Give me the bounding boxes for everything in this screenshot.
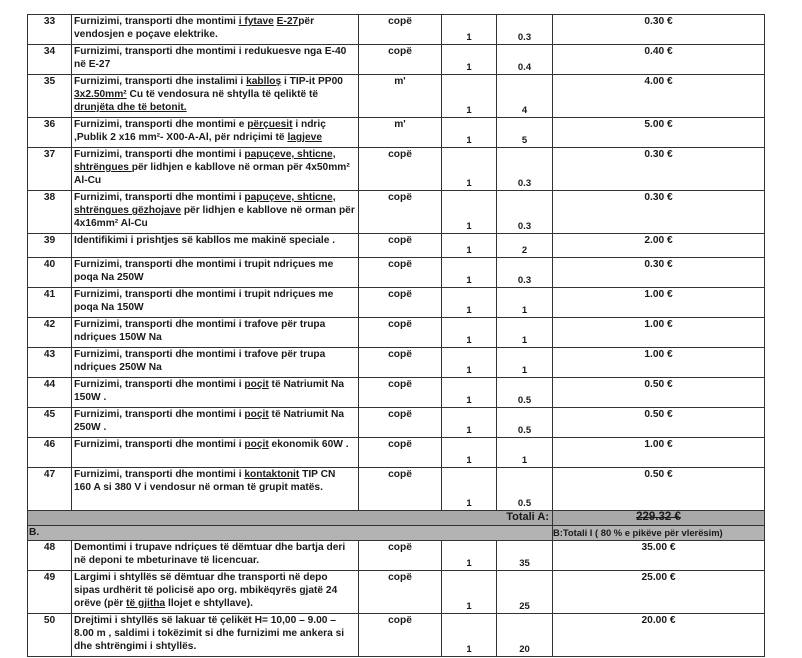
item-price: 1.00 € (553, 347, 765, 377)
description-segment: Furnizimi, transporti dhe montimi i traf… (74, 349, 325, 373)
table-row: 38Furnizimi, transporti dhe montimi i pa… (28, 191, 765, 234)
table-row: 34Furnizimi, transporti dhe montimi i re… (28, 45, 765, 75)
description-segment: Furnizimi, transporti dhe instalimi i (74, 76, 246, 87)
item-unit: copë (359, 467, 442, 510)
item-quantity: 1 (442, 540, 497, 570)
item-unit: copë (359, 540, 442, 570)
item-quantity: 1 (442, 75, 497, 118)
item-unit: copë (359, 15, 442, 45)
item-rate: 25 (497, 570, 553, 613)
item-unit: copë (359, 377, 442, 407)
item-description: Largimi i shtyllës së dëmtuar dhe transp… (72, 570, 359, 613)
section-b-label: B. (28, 525, 553, 540)
total-a-value: 229.32 € (553, 510, 765, 525)
item-number: 33 (28, 15, 72, 45)
table-row: 35Furnizimi, transporti dhe instalimi i … (28, 75, 765, 118)
section-b-header: B. B:Totali I ( 80 % e pikëve për vlerës… (28, 525, 765, 540)
item-unit: m' (359, 75, 442, 118)
table-row: 44Furnizimi, transporti dhe montimi i po… (28, 377, 765, 407)
table-row: 33Furnizimi, transporti dhe montimi i fy… (28, 15, 765, 45)
item-unit: copë (359, 613, 442, 656)
item-unit: m' (359, 118, 442, 148)
item-price: 0.40 € (553, 45, 765, 75)
item-quantity: 1 (442, 257, 497, 287)
item-number: 41 (28, 287, 72, 317)
item-description: Furnizimi, transporti dhe montimi i trup… (72, 287, 359, 317)
description-segment: Furnizimi, transporti dhe montimi i (74, 192, 244, 203)
item-unit: copë (359, 347, 442, 377)
description-segment: poçit (244, 409, 268, 420)
description-segment: Furnizimi, transporti dhe montimi i (74, 149, 244, 160)
description-segment: Furnizimi, transporti dhe montimi i (74, 379, 244, 390)
item-description: Demontimi i trupave ndriçues të dëmtuar … (72, 540, 359, 570)
bill-of-quantities-table: 33Furnizimi, transporti dhe montimi i fy… (27, 14, 765, 657)
table-row: 46Furnizimi, transporti dhe montimi i po… (28, 437, 765, 467)
table-row: 45Furnizimi, transporti dhe montimi i po… (28, 407, 765, 437)
description-segment: Drejtimi i shtyllës së lakuar të çelikët… (74, 615, 344, 652)
description-segment: llojet e shtyllave). (165, 598, 253, 609)
table-row: 37Furnizimi, transporti dhe montimi i pa… (28, 148, 765, 191)
item-price: 0.30 € (553, 15, 765, 45)
item-description: Furnizimi, transporti dhe montimi i papu… (72, 148, 359, 191)
description-segment: Furnizimi, transporti dhe montimi i trup… (74, 289, 333, 313)
total-a-row: Totali A: 229.32 € (28, 510, 765, 525)
item-unit: copë (359, 570, 442, 613)
item-number: 42 (28, 317, 72, 347)
description-segment: përçuesit (247, 119, 292, 130)
item-unit: copë (359, 317, 442, 347)
item-description: Furnizimi, transporti dhe instalimi i ka… (72, 75, 359, 118)
item-quantity: 1 (442, 347, 497, 377)
description-segment: Furnizimi, transporti dhe montimi i redu… (74, 46, 346, 70)
item-description: Furnizimi, transporti dhe montimi i poçi… (72, 437, 359, 467)
item-rate: 0.3 (497, 257, 553, 287)
item-number: 40 (28, 257, 72, 287)
item-quantity: 1 (442, 148, 497, 191)
item-description: Furnizimi, transporti dhe montimi i traf… (72, 347, 359, 377)
item-rate: 1 (497, 317, 553, 347)
description-segment: Identifikimi i prishtjes së kabllos me m… (74, 235, 335, 246)
item-rate: 0.5 (497, 407, 553, 437)
item-number: 43 (28, 347, 72, 377)
description-segment: Furnizimi, transporti dhe montimi i (74, 439, 244, 450)
description-segment: i TIP-it PP00 (281, 76, 343, 87)
item-description: Furnizimi, transporti dhe montimi i fyta… (72, 15, 359, 45)
item-price: 20.00 € (553, 613, 765, 656)
item-rate: 0.3 (497, 191, 553, 234)
description-segment: Furnizimi, transporti dhe montimi i (74, 409, 244, 420)
item-number: 45 (28, 407, 72, 437)
item-unit: copë (359, 257, 442, 287)
item-quantity: 1 (442, 613, 497, 656)
item-rate: 1 (497, 437, 553, 467)
table-row: 43Furnizimi, transporti dhe montimi i tr… (28, 347, 765, 377)
item-number: 47 (28, 467, 72, 510)
item-description: Furnizimi, transporti dhe montimi i redu… (72, 45, 359, 75)
item-rate: 35 (497, 540, 553, 570)
item-price: 35.00 € (553, 540, 765, 570)
item-number: 36 (28, 118, 72, 148)
item-number: 44 (28, 377, 72, 407)
item-description: Furnizimi, transporti dhe montimi i papu… (72, 191, 359, 234)
item-description: Furnizimi, transporti dhe montimi i trup… (72, 257, 359, 287)
item-rate: 0.5 (497, 467, 553, 510)
item-quantity: 1 (442, 45, 497, 75)
item-unit: copë (359, 287, 442, 317)
item-price: 0.30 € (553, 148, 765, 191)
item-unit: copë (359, 234, 442, 258)
table-row: 47Furnizimi, transporti dhe montimi i ko… (28, 467, 765, 510)
item-number: 48 (28, 540, 72, 570)
item-description: Drejtimi i shtyllës së lakuar të çelikët… (72, 613, 359, 656)
description-segment: kablloş (246, 76, 281, 87)
item-description: Furnizimi, transporti dhe montimi i traf… (72, 317, 359, 347)
item-rate: 4 (497, 75, 553, 118)
item-quantity: 1 (442, 377, 497, 407)
table-row: 36Furnizimi, transporti dhe montimi e pë… (28, 118, 765, 148)
item-rate: 1 (497, 287, 553, 317)
item-price: 2.00 € (553, 234, 765, 258)
description-segment: Furnizimi, transporti dhe montimi e (74, 119, 247, 130)
description-segment: drunjëta dhe të betonit. (74, 102, 187, 113)
item-number: 49 (28, 570, 72, 613)
item-quantity: 1 (442, 317, 497, 347)
table-row: 39Identifikimi i prishtjes së kabllos me… (28, 234, 765, 258)
item-price: 0.30 € (553, 191, 765, 234)
item-price: 0.50 € (553, 407, 765, 437)
item-number: 35 (28, 75, 72, 118)
item-rate: 20 (497, 613, 553, 656)
item-quantity: 1 (442, 407, 497, 437)
description-segment: Furnizimi, transporti dhe montimi i (74, 469, 244, 480)
item-quantity: 1 (442, 118, 497, 148)
item-quantity: 1 (442, 191, 497, 234)
description-segment: Cu të vendosura në shtylla të qeliktë të (127, 89, 318, 100)
item-description: Furnizimi, transporti dhe montimi i poçi… (72, 377, 359, 407)
item-unit: copë (359, 148, 442, 191)
description-segment: Furnizimi, transporti dhe montimi (74, 16, 239, 27)
item-number: 50 (28, 613, 72, 656)
item-price: 25.00 € (553, 570, 765, 613)
description-segment: 3x2.50mm² (74, 89, 127, 100)
item-quantity: 1 (442, 287, 497, 317)
item-unit: copë (359, 437, 442, 467)
description-segment: i fytave (239, 16, 274, 27)
item-price: 0.30 € (553, 257, 765, 287)
item-description: Furnizimi, transporti dhe montimi i kont… (72, 467, 359, 510)
description-segment: kontaktonit (244, 469, 299, 480)
item-unit: copë (359, 191, 442, 234)
item-quantity: 1 (442, 234, 497, 258)
item-number: 38 (28, 191, 72, 234)
item-number: 37 (28, 148, 72, 191)
table-row: 40Furnizimi, transporti dhe montimi i tr… (28, 257, 765, 287)
table-row: 50Drejtimi i shtyllës së lakuar të çelik… (28, 613, 765, 656)
item-quantity: 1 (442, 437, 497, 467)
item-rate: 0.3 (497, 15, 553, 45)
item-rate: 5 (497, 118, 553, 148)
item-price: 4.00 € (553, 75, 765, 118)
table-row: 49Largimi i shtyllës së dëmtuar dhe tran… (28, 570, 765, 613)
item-price: 5.00 € (553, 118, 765, 148)
item-rate: 2 (497, 234, 553, 258)
item-quantity: 1 (442, 570, 497, 613)
description-segment: poçit (244, 439, 268, 450)
item-description: Furnizimi, transporti dhe montimi e përç… (72, 118, 359, 148)
item-rate: 1 (497, 347, 553, 377)
description-segment: Furnizimi, transporti dhe montimi i trup… (74, 259, 333, 283)
description-segment: ekonomik 60W . (269, 439, 349, 450)
item-rate: 0.4 (497, 45, 553, 75)
total-a-label: Totali A: (28, 510, 553, 525)
description-segment: E-27 (277, 16, 299, 27)
item-number: 39 (28, 234, 72, 258)
item-quantity: 1 (442, 467, 497, 510)
item-rate: 0.3 (497, 148, 553, 191)
item-number: 46 (28, 437, 72, 467)
description-segment: lagjeve (287, 132, 322, 143)
item-unit: copë (359, 407, 442, 437)
item-rate: 0.5 (497, 377, 553, 407)
section-b-note: B:Totali I ( 80 % e pikëve për vlerësim) (553, 525, 765, 540)
item-quantity: 1 (442, 15, 497, 45)
item-unit: copë (359, 45, 442, 75)
table-row: 48Demontimi i trupave ndriçues të dëmtua… (28, 540, 765, 570)
table-row: 41Furnizimi, transporti dhe montimi i tr… (28, 287, 765, 317)
description-segment: Furnizimi, transporti dhe montimi i traf… (74, 319, 325, 343)
table-row: 42Furnizimi, transporti dhe montimi i tr… (28, 317, 765, 347)
item-number: 34 (28, 45, 72, 75)
description-segment: Demontimi i trupave ndriçues të dëmtuar … (74, 542, 345, 566)
item-price: 1.00 € (553, 317, 765, 347)
item-price: 1.00 € (553, 437, 765, 467)
item-price: 0.50 € (553, 377, 765, 407)
description-segment: të gjitha (126, 598, 165, 609)
item-price: 1.00 € (553, 287, 765, 317)
item-price: 0.50 € (553, 467, 765, 510)
description-segment: poçit (244, 379, 268, 390)
item-description: Furnizimi, transporti dhe montimi i poçi… (72, 407, 359, 437)
item-description: Identifikimi i prishtjes së kabllos me m… (72, 234, 359, 258)
